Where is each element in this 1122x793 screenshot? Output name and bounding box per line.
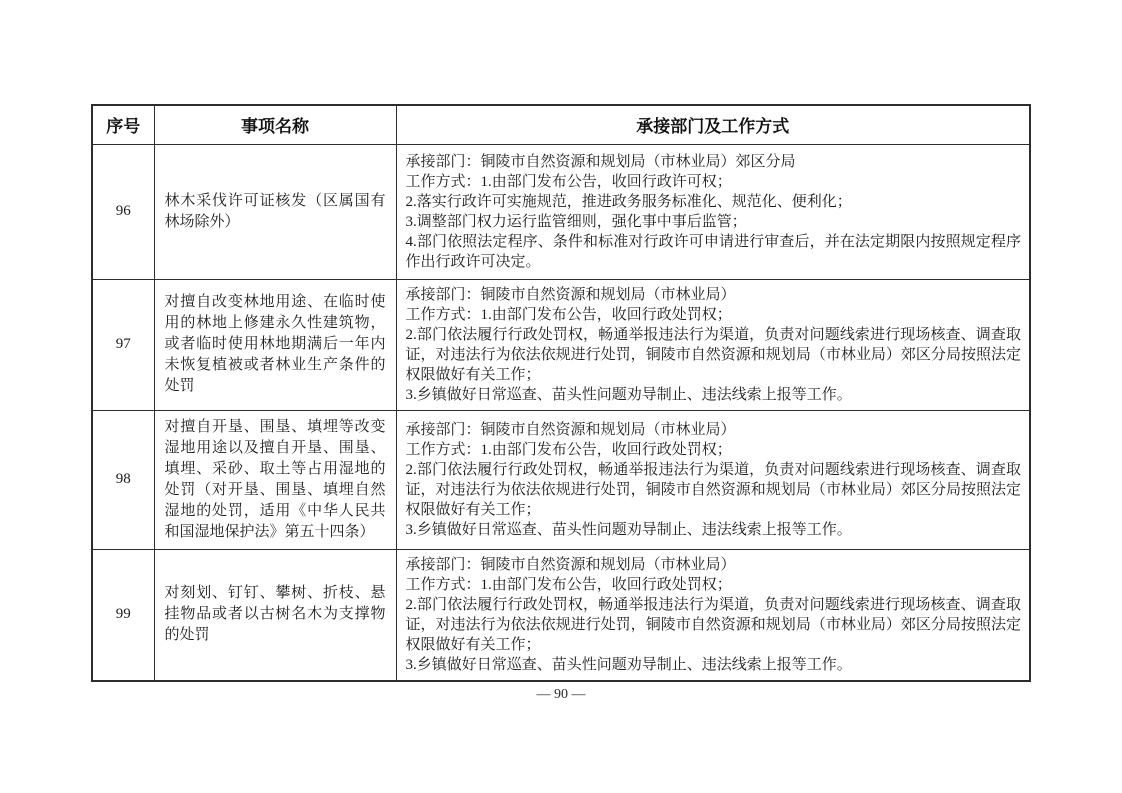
detail-line: 3.调整部门权力运行监管细则，强化事中事后监管；	[406, 212, 1022, 232]
table-row: 98 对擅自开垦、围垦、填埋等改变湿地用途以及擅自开垦、围垦、填埋、采砂、取土等…	[92, 410, 1030, 549]
detail-line: 承接部门：铜陵市自然资源和规划局（市林业局）	[406, 420, 1022, 440]
detail-line: 承接部门：铜陵市自然资源和规划局（市林业局）	[406, 285, 1022, 305]
table-row: 96 林木采伐许可证核发（区属国有林场除外） 承接部门：铜陵市自然资源和规划局（…	[92, 144, 1030, 279]
item-name: 对刻划、钉钉、攀树、折枝、悬挂物品或者以古树名木为支撑物的处罚	[154, 549, 396, 681]
detail-line: 3.乡镇做好日常巡查、苗头性问题劝导制止、违法线索上报等工作。	[406, 520, 1022, 540]
column-header-department-method: 承接部门及工作方式	[396, 105, 1030, 144]
row-index: 99	[92, 549, 154, 681]
item-name: 林木采伐许可证核发（区属国有林场除外）	[154, 144, 396, 279]
detail-line: 3.乡镇做好日常巡查、苗头性问题劝导制止、违法线索上报等工作。	[406, 385, 1022, 405]
item-name: 对擅自改变林地用途、在临时使用的林地上修建永久性建筑物，或者临时使用林地期满后一…	[154, 279, 396, 410]
table-row: 99 对刻划、钉钉、攀树、折枝、悬挂物品或者以古树名木为支撑物的处罚 承接部门：…	[92, 549, 1030, 681]
table-row: 97 对擅自改变林地用途、在临时使用的林地上修建永久性建筑物，或者临时使用林地期…	[92, 279, 1030, 410]
detail-line: 4.部门依照法定程序、条件和标准对行政许可申请进行审查后，并在法定期限内按照规定…	[406, 232, 1022, 272]
row-index: 97	[92, 279, 154, 410]
detail-line: 2.部门依法履行行政处罚权，畅通举报违法行为渠道，负责对问题线索进行现场核查、调…	[406, 460, 1022, 520]
item-detail: 承接部门：铜陵市自然资源和规划局（市林业局） 工作方式：1.由部门发布公告，收回…	[396, 279, 1030, 410]
detail-line: 工作方式：1.由部门发布公告，收回行政处罚权；	[406, 440, 1022, 460]
row-index: 96	[92, 144, 154, 279]
detail-line: 承接部门：铜陵市自然资源和规划局（市林业局）	[406, 555, 1022, 575]
document-page: 序号 事项名称 承接部门及工作方式 96 林木采伐许可证核发（区属国有林场除外）…	[0, 0, 1122, 793]
detail-line: 2.部门依法履行行政处罚权，畅通举报违法行为渠道，负责对问题线索进行现场核查、调…	[406, 595, 1022, 655]
item-detail: 承接部门：铜陵市自然资源和规划局（市林业局） 工作方式：1.由部门发布公告，收回…	[396, 549, 1030, 681]
transfer-items-table: 序号 事项名称 承接部门及工作方式 96 林木采伐许可证核发（区属国有林场除外）…	[91, 104, 1031, 682]
item-detail: 承接部门：铜陵市自然资源和规划局（市林业局）郊区分局 工作方式：1.由部门发布公…	[396, 144, 1030, 279]
item-detail: 承接部门：铜陵市自然资源和规划局（市林业局） 工作方式：1.由部门发布公告，收回…	[396, 410, 1030, 549]
detail-line: 3.乡镇做好日常巡查、苗头性问题劝导制止、违法线索上报等工作。	[406, 655, 1022, 675]
item-name: 对擅自开垦、围垦、填埋等改变湿地用途以及擅自开垦、围垦、填埋、采砂、取土等占用湿…	[154, 410, 396, 549]
table-header-row: 序号 事项名称 承接部门及工作方式	[92, 105, 1030, 144]
row-index: 98	[92, 410, 154, 549]
detail-line: 工作方式：1.由部门发布公告，收回行政处罚权；	[406, 575, 1022, 595]
detail-line: 2.部门依法履行行政处罚权，畅通举报违法行为渠道，负责对问题线索进行现场核查、调…	[406, 325, 1022, 385]
column-header-index: 序号	[92, 105, 154, 144]
column-header-item-name: 事项名称	[154, 105, 396, 144]
page-number: — 90 —	[0, 687, 1122, 703]
detail-line: 工作方式：1.由部门发布公告，收回行政处罚权；	[406, 305, 1022, 325]
detail-line: 2.落实行政许可实施规范，推进政务服务标准化、规范化、便利化；	[406, 192, 1022, 212]
detail-line: 承接部门：铜陵市自然资源和规划局（市林业局）郊区分局	[406, 152, 1022, 172]
detail-line: 工作方式：1.由部门发布公告，收回行政许可权；	[406, 172, 1022, 192]
